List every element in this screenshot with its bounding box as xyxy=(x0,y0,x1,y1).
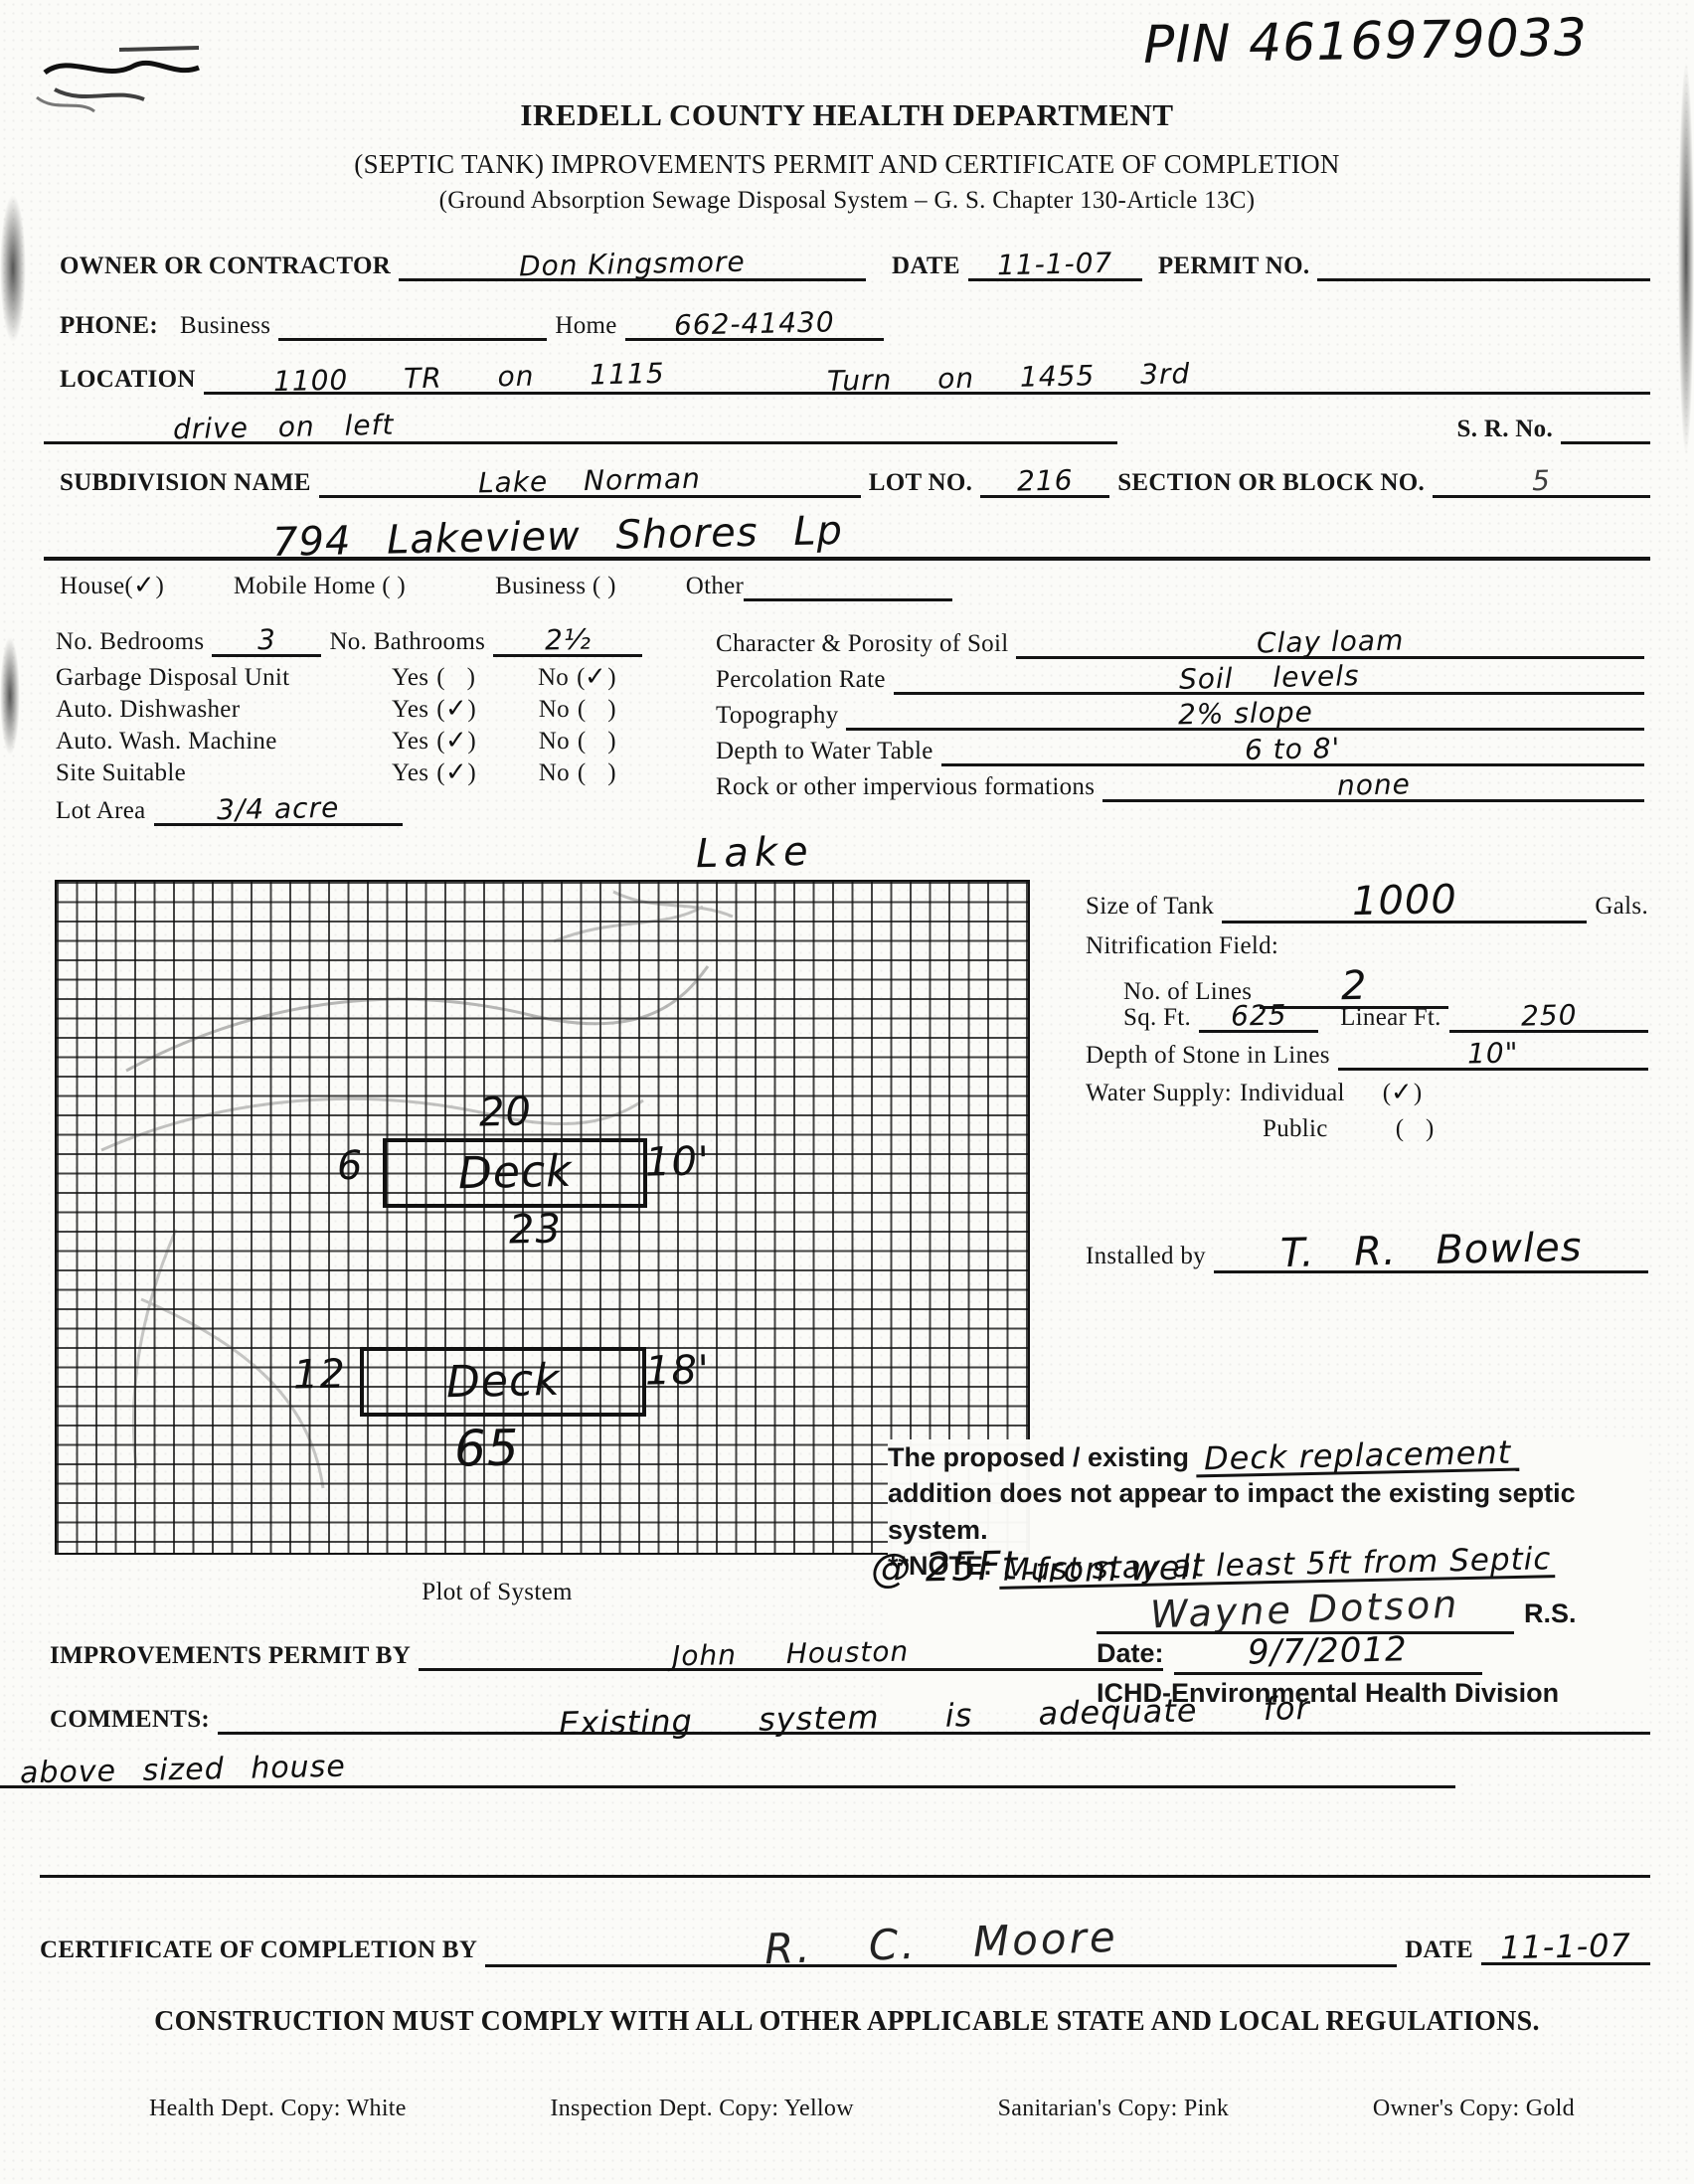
appliance-row-garbage: Garbage Disposal Unit Yes () No (✓) xyxy=(56,664,672,692)
completion-date-value: 11-1-07 xyxy=(1500,1930,1632,1964)
dwelling-row: House (✓) Mobile Home ( ) Business ( ) O… xyxy=(60,573,1054,601)
compliance-statement: CONSTRUCTION MUST COMPLY WITH ALL OTHER … xyxy=(0,2006,1694,2038)
comments-value1: Existing system is adequate for xyxy=(558,1692,1309,1740)
deck2-left-dimension: 12 xyxy=(293,1354,347,1395)
address-value: 794 Lakeview Shores Lp xyxy=(272,511,844,563)
installed-by-line: T. R. Bowles xyxy=(1214,1231,1648,1273)
owner-copy: Owner's Copy: Gold xyxy=(1373,2096,1575,2122)
lot-no-line: 216 xyxy=(980,467,1109,498)
completion-date-label: DATE xyxy=(1405,1936,1473,1964)
yes-label: Yes xyxy=(392,728,428,756)
rs-label: R.S. xyxy=(1524,1596,1577,1631)
water-table-line: 6 to 8' xyxy=(941,736,1644,766)
comments-row-2: above sized house xyxy=(0,1756,1455,1788)
phone-home-label: Home xyxy=(555,312,616,340)
bathrooms-line: 2½ xyxy=(493,626,642,657)
water-supply-label: Water Supply: xyxy=(1086,1080,1232,1107)
completion-signature-line: R. C. Moore xyxy=(485,1923,1397,1967)
paren-close: ) xyxy=(467,664,475,691)
section-label: SECTION OR BLOCK NO. xyxy=(1117,469,1425,497)
paren-close: ) xyxy=(1426,1115,1434,1142)
copy-distribution-row: Health Dept. Copy: White Inspection Dept… xyxy=(149,2096,1575,2122)
house-check-mark: ✓ xyxy=(132,573,155,598)
note-date-line: 9/7/2012 xyxy=(1174,1634,1482,1674)
paren-close: ) xyxy=(607,696,615,723)
subdivision-label: SUBDIVISION NAME xyxy=(60,469,311,497)
completion-label: CERTIFICATE OF COMPLETION BY xyxy=(40,1936,477,1964)
soil-value: Clay loam xyxy=(1257,626,1405,657)
permit-no-line xyxy=(1317,260,1650,281)
owner-value-line: Don Kingsmore xyxy=(399,251,866,281)
health-dept-copy: Health Dept. Copy: White xyxy=(149,2096,407,2122)
edge-smudge xyxy=(0,636,20,756)
bedrooms-label: No. Bedrooms xyxy=(56,628,204,656)
subdivision-line: Lake Norman xyxy=(319,467,861,498)
washer-no-checkbox: () xyxy=(578,728,616,756)
page-subtitle2: (Ground Absorption Sewage Disposal Syste… xyxy=(0,187,1694,215)
appliance-row-washer: Auto. Wash. Machine Yes (✓) No () xyxy=(56,728,672,756)
lot-no-value: 216 xyxy=(1017,466,1074,495)
lot-area-row: Lot Area 3/4 acre xyxy=(56,795,473,826)
inspection-dept-copy: Inspection Dept. Copy: Yellow xyxy=(550,2096,853,2122)
bedrooms-row: No. Bedrooms 3 No. Bathrooms 2½ xyxy=(56,626,692,657)
paren-open: ( xyxy=(436,728,444,755)
permit-by-line: John Houston xyxy=(419,1640,1163,1671)
phone-business-label: Business xyxy=(180,312,270,340)
plot-grid: 20 6 Deck 10' 23 12 Deck 18' 65 xyxy=(55,880,1030,1555)
phone-home-value: 662-41430 xyxy=(674,308,835,339)
location-value1: 1100 TR on 1115 xyxy=(272,360,664,396)
blank-rule-line xyxy=(40,1875,1650,1878)
business-dwelling-label: Business ( ) xyxy=(495,573,616,600)
paren-open: ( xyxy=(436,696,444,723)
sqft-row: Sq. Ft. 625 Linear Ft. 250 xyxy=(1123,1002,1648,1033)
page-title: IREDELL COUNTY HEALTH DEPARTMENT xyxy=(0,97,1694,133)
nitrification-label: Nitrification Field: xyxy=(1086,932,1278,959)
topography-value: 2% slope xyxy=(1178,699,1313,730)
compliance-text: CONSTRUCTION MUST COMPLY WITH ALL OTHER … xyxy=(154,2006,1540,2037)
pin-annotation: PIN 4616979033 xyxy=(1143,16,1588,68)
individual-label: Individual xyxy=(1240,1080,1345,1107)
lines-value: 2 xyxy=(1341,966,1368,1007)
water-table-value: 6 to 8' xyxy=(1245,735,1341,764)
stone-value: 10" xyxy=(1467,1039,1519,1068)
comments-label: COMMENTS: xyxy=(50,1706,210,1734)
paren-close: ) xyxy=(607,759,615,786)
lot-no-label: LOT NO. xyxy=(869,469,972,497)
note-signature-row: Wayne Dotson R.S. xyxy=(1097,1591,1649,1634)
location-row: LOCATION 1100 TR on 1115 Turn on 1455 3r… xyxy=(60,364,1650,395)
date-value-line: 11-1-07 xyxy=(968,251,1142,281)
subdivision-value: Lake Norman xyxy=(478,465,701,498)
soil-row: Character & Porosity of Soil Clay loam xyxy=(716,628,1644,659)
bedrooms-value: 3 xyxy=(257,626,276,654)
phone-label: PHONE: xyxy=(60,312,158,340)
paren-open: ( xyxy=(436,759,444,786)
permit-by-value: John Houston xyxy=(672,1638,910,1671)
other-line xyxy=(744,581,952,601)
note-date-row: Date: 9/7/2012 xyxy=(1097,1634,1649,1674)
edge-smudge xyxy=(0,194,26,343)
site-no-checkbox: () xyxy=(578,759,616,787)
percolation-row: Percolation Rate Soil levels xyxy=(716,664,1644,695)
paren-close: ) xyxy=(467,728,475,755)
bedrooms-line: 3 xyxy=(212,626,321,657)
dishwasher-label: Auto. Dishwasher xyxy=(56,696,384,724)
water-table-row: Depth to Water Table 6 to 8' xyxy=(716,736,1644,766)
topography-label: Topography xyxy=(716,702,838,730)
phone-business-line xyxy=(278,320,547,341)
deck2-bottom-dimension: 65 xyxy=(453,1423,520,1473)
deck2-right-dimension: 18' xyxy=(645,1350,711,1391)
deck1-outline: Deck xyxy=(383,1138,647,1208)
paren-close: ) xyxy=(467,696,475,723)
paren-open: ( xyxy=(578,759,586,786)
pin-value: PIN 4616979033 xyxy=(1143,12,1589,72)
sqft-line: 625 xyxy=(1199,1002,1318,1033)
sqft-label: Sq. Ft. xyxy=(1123,1004,1191,1032)
individual-checkbox: (✓) xyxy=(1383,1080,1422,1107)
completion-signature: R. C. Moore xyxy=(763,1917,1118,1970)
address-row: 794 Lakeview Shores Lp xyxy=(44,517,1650,561)
plot-caption: Plot of System xyxy=(328,1579,666,1606)
paren-open: ( xyxy=(124,573,132,599)
washer-yes-mark: ✓ xyxy=(444,728,467,754)
yes-label: Yes xyxy=(392,664,428,692)
dishwasher-yes-mark: ✓ xyxy=(444,696,467,722)
permit-by-label: IMPROVEMENTS PERMIT BY xyxy=(50,1642,411,1670)
installed-by-row: Installed by T. R. Bowles xyxy=(1086,1231,1648,1273)
tank-unit-label: Gals. xyxy=(1595,893,1648,921)
paren-open: ( xyxy=(578,696,586,723)
note-line2: addition does not appear to impact the e… xyxy=(888,1475,1649,1548)
permit-by-row: IMPROVEMENTS PERMIT BY John Houston xyxy=(50,1640,1163,1671)
garbage-no-mark: ✓ xyxy=(585,664,607,690)
deck2-label: Deck xyxy=(445,1359,561,1405)
garbage-yes-checkbox: () xyxy=(436,664,475,692)
sr-no-label: S. R. No. xyxy=(1125,416,1553,443)
paren-close: ) xyxy=(607,728,615,755)
yes-label: Yes xyxy=(392,696,428,724)
page-subtitle: (SEPTIC TANK) IMPROVEMENTS PERMIT AND CE… xyxy=(0,149,1694,180)
appliance-row-dishwasher: Auto. Dishwasher Yes (✓) No () xyxy=(56,696,672,724)
no-label: No xyxy=(539,728,570,756)
owner-value: Don Kingsmore xyxy=(519,249,746,281)
tank-row: Size of Tank 1000 Gals. xyxy=(1086,881,1648,924)
sqft-value: 625 xyxy=(1231,1001,1287,1030)
address-line: 794 Lakeview Shores Lp xyxy=(44,517,1650,561)
installed-by-label: Installed by xyxy=(1086,1243,1206,1270)
wash-machine-label: Auto. Wash. Machine xyxy=(56,728,384,756)
garbage-no-checkbox: (✓) xyxy=(577,664,615,692)
deck1-top-dimension: 20 xyxy=(479,1092,533,1132)
tank-value: 1000 xyxy=(1351,880,1457,922)
date-value: 11-1-07 xyxy=(997,250,1113,279)
rock-label: Rock or other impervious formations xyxy=(716,773,1095,801)
paren-close: ) xyxy=(156,573,164,599)
date-label: DATE xyxy=(892,252,960,280)
subtitle-text: (SEPTIC TANK) IMPROVEMENTS PERMIT AND CE… xyxy=(354,149,1339,179)
section-value: 5 xyxy=(1532,467,1551,495)
sr-no-line xyxy=(1561,423,1650,444)
permit-no-label: PERMIT NO. xyxy=(1158,252,1310,280)
section-line: 5 xyxy=(1433,467,1650,498)
public-checkbox: () xyxy=(1396,1115,1435,1143)
margin-note-line2: -from well xyxy=(1022,1551,1202,1589)
lake-annotation: Lake xyxy=(696,833,814,873)
comments-line2: above sized house xyxy=(0,1756,1455,1788)
nitrification-heading: Nitrification Field: xyxy=(1086,932,1278,960)
percolation-line: Soil levels xyxy=(894,664,1644,695)
dishwasher-yes-checkbox: (✓) xyxy=(436,696,475,724)
deck1-left-dimension: 6 xyxy=(337,1146,364,1187)
linear-ft-label: Linear Ft. xyxy=(1340,1004,1441,1032)
lot-area-value: 3/4 acre xyxy=(217,794,340,825)
rs-signature-line: Wayne Dotson xyxy=(1097,1591,1514,1634)
location-row-2: drive on left S. R. No. xyxy=(44,414,1650,444)
percolation-value: Soil levels xyxy=(1178,662,1359,694)
percolation-label: Percolation Rate xyxy=(716,666,886,694)
deck2-outline: Deck xyxy=(360,1347,646,1417)
site-yes-checkbox: (✓) xyxy=(436,759,475,787)
dishwasher-no-checkbox: () xyxy=(578,696,616,724)
soil-label: Character & Porosity of Soil xyxy=(716,630,1008,658)
plot-caption-text: Plot of System xyxy=(422,1579,572,1605)
linear-ft-value: 250 xyxy=(1520,1001,1577,1030)
comments-row: COMMENTS: Existing system is adequate fo… xyxy=(50,1700,1650,1735)
note-line1: The proposed / existing Deck replacement xyxy=(888,1439,1649,1475)
house-label: House xyxy=(60,573,124,600)
scanned-permit-form: PIN 4616979033 IREDELL COUNTY HEALTH DEP… xyxy=(0,0,1694,2184)
sanitarian-copy: Sanitarian's Copy: Pink xyxy=(998,2096,1230,2122)
other-label: Other xyxy=(686,573,744,600)
paren-open: ( xyxy=(436,664,444,691)
subdivision-row: SUBDIVISION NAME Lake Norman LOT NO. 216… xyxy=(60,467,1650,498)
lake-label: Lake xyxy=(696,832,814,874)
phone-row: PHONE: Business Home 662-41430 xyxy=(60,310,974,341)
paren-close: ) xyxy=(1414,1080,1422,1106)
site-yes-mark: ✓ xyxy=(444,759,467,785)
subtitle2-text: (Ground Absorption Sewage Disposal Syste… xyxy=(439,187,1256,214)
note-line1-prefix: The proposed / existing xyxy=(888,1442,1189,1472)
location-value2: Turn on 1455 3rd xyxy=(827,360,1191,396)
comments-line1: Existing system is adequate for xyxy=(218,1700,1650,1735)
paren-close: ) xyxy=(467,759,475,786)
phone-home-line: 662-41430 xyxy=(625,310,884,341)
soil-line: Clay loam xyxy=(1016,628,1644,659)
rock-line: none xyxy=(1102,771,1644,802)
lot-area-line: 3/4 acre xyxy=(154,795,403,826)
title-text: IREDELL COUNTY HEALTH DEPARTMENT xyxy=(520,97,1173,132)
garbage-disposal-label: Garbage Disposal Unit xyxy=(56,664,384,692)
deck1-bottom-dimension: 23 xyxy=(509,1209,563,1250)
installed-by-value: T. R. Bowles xyxy=(1279,1228,1582,1273)
comments-value2: above sized house xyxy=(20,1753,346,1789)
paren-close: ) xyxy=(607,664,615,691)
tank-label: Size of Tank xyxy=(1086,893,1214,921)
deck1-label: Deck xyxy=(457,1150,573,1196)
location-line: 1100 TR on 1115 Turn on 1455 3rd xyxy=(204,364,1650,395)
completion-row: CERTIFICATE OF COMPLETION BY R. C. Moore… xyxy=(40,1923,1650,1967)
lot-area-label: Lot Area xyxy=(56,797,146,825)
owner-label: OWNER OR CONTRACTOR xyxy=(60,252,391,280)
topography-line: 2% slope xyxy=(846,700,1644,731)
no-label: No xyxy=(539,696,570,724)
bathrooms-label: No. Bathrooms xyxy=(329,628,485,656)
washer-yes-checkbox: (✓) xyxy=(436,728,475,756)
topography-row: Topography 2% slope xyxy=(716,700,1644,731)
note-line1-value: Deck replacement xyxy=(1195,1436,1519,1478)
stone-label: Depth of Stone in Lines xyxy=(1086,1042,1330,1070)
location-label: LOCATION xyxy=(60,366,196,394)
water-supply-row: Water Supply: Individual (✓) xyxy=(1086,1080,1622,1107)
margin-note: @ 25Ft -from well xyxy=(871,1543,1202,1588)
mobile-home-label: Mobile Home ( ) xyxy=(234,573,406,600)
location-value-line2: drive on left xyxy=(173,412,395,444)
owner-row: OWNER OR CONTRACTOR Don Kingsmore DATE 1… xyxy=(60,251,1650,281)
rock-row: Rock or other impervious formations none xyxy=(716,771,1644,802)
individual-check-mark: ✓ xyxy=(1391,1080,1414,1105)
note-line2-text: addition does not appear to impact the e… xyxy=(888,1478,1576,1544)
note-date-value: 9/7/2012 xyxy=(1248,1633,1408,1670)
house-checkbox: (✓) xyxy=(124,573,163,600)
rock-value: none xyxy=(1336,770,1410,800)
stone-line: 10" xyxy=(1338,1040,1648,1071)
stone-row: Depth of Stone in Lines 10" xyxy=(1086,1040,1648,1071)
appliance-row-site-suitable: Site Suitable Yes (✓) No () xyxy=(56,759,672,787)
location-line2: drive on left xyxy=(44,414,1117,444)
tank-line: 1000 xyxy=(1222,881,1587,924)
public-supply-row: Public () xyxy=(1263,1115,1620,1143)
paren-open: ( xyxy=(1396,1115,1404,1142)
linear-ft-line: 250 xyxy=(1449,1002,1648,1033)
public-label: Public xyxy=(1263,1115,1328,1143)
yes-label: Yes xyxy=(392,759,428,787)
bathrooms-value: 2½ xyxy=(544,626,592,655)
rs-signature: Wayne Dotson xyxy=(1150,1585,1460,1633)
site-suitable-label: Site Suitable xyxy=(56,759,384,787)
water-table-label: Depth to Water Table xyxy=(716,738,933,765)
deck1-right-dimension: 10' xyxy=(645,1141,711,1182)
paren-open: ( xyxy=(578,728,586,755)
no-label: No xyxy=(539,759,570,787)
margin-note-line1: @ 25Ft xyxy=(871,1546,1019,1589)
completion-date-line: 11-1-07 xyxy=(1481,1931,1650,1965)
no-label: No xyxy=(538,664,569,692)
